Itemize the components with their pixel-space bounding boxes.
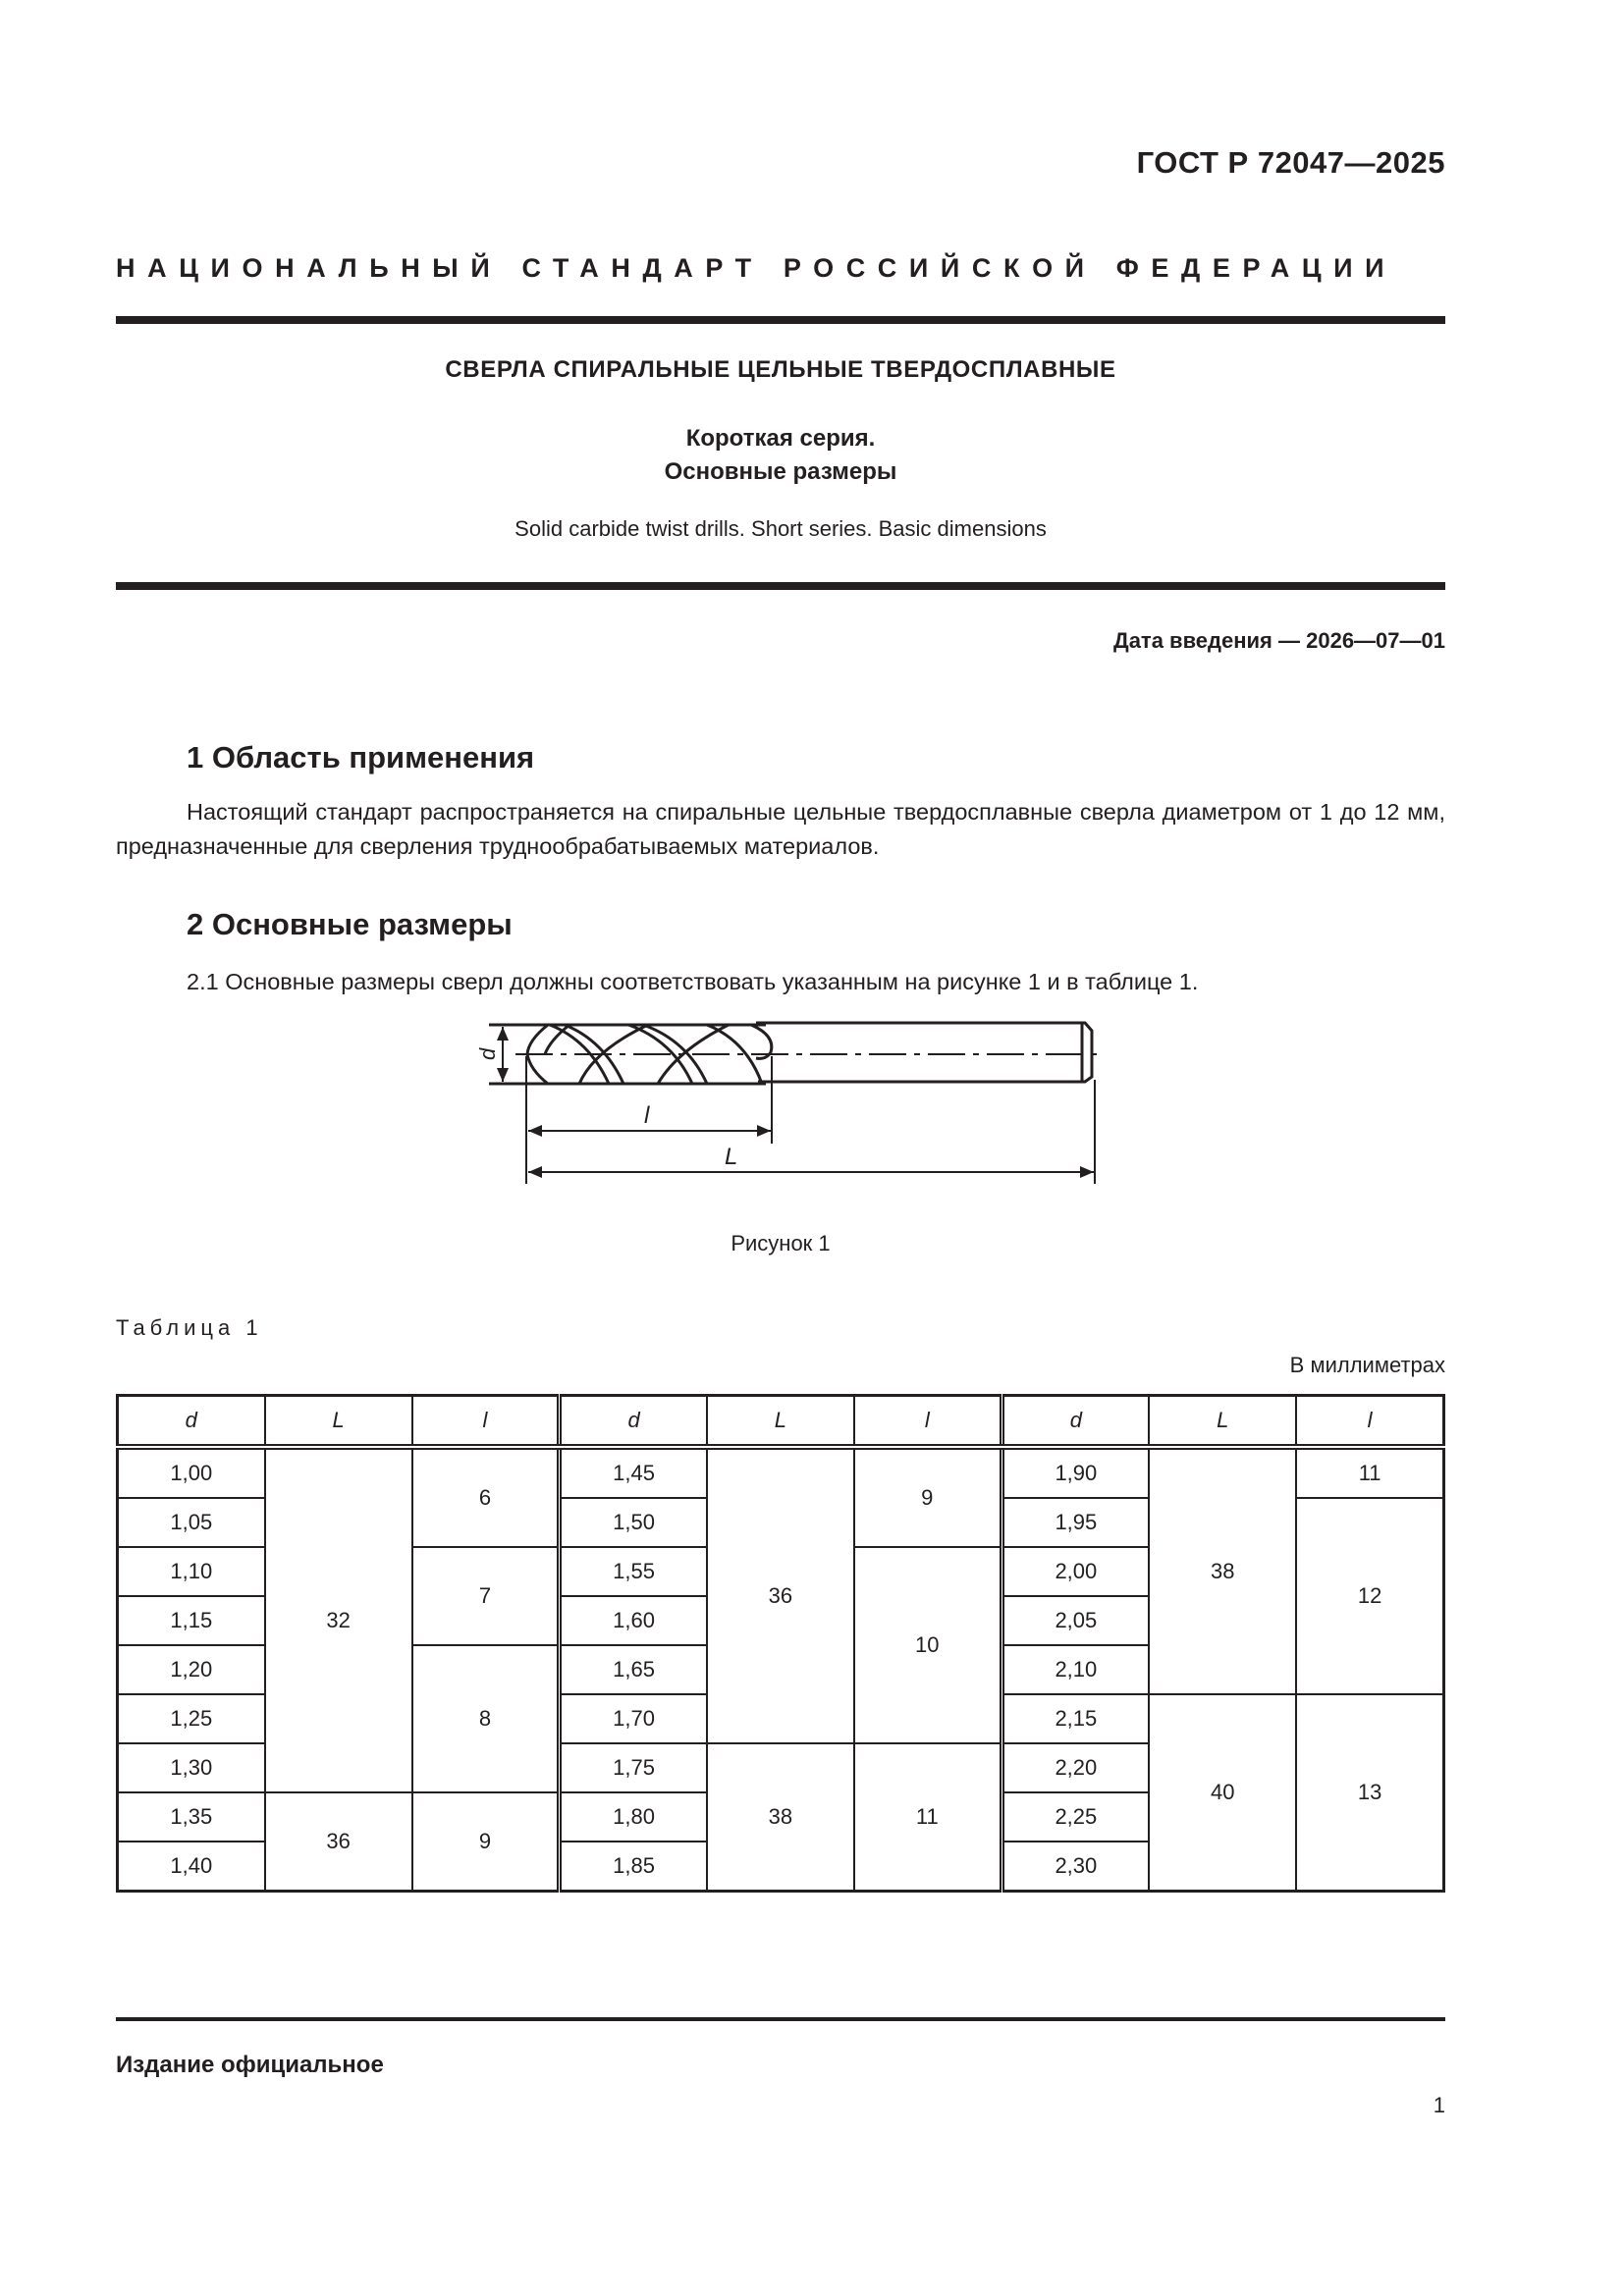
date-of-introduction: Дата введения — 2026—07—01 xyxy=(1113,628,1445,654)
cell-d: 2,05 xyxy=(1001,1596,1149,1645)
cell-l: 8 xyxy=(412,1645,560,1792)
top-rule xyxy=(116,316,1445,324)
subtitle-line-2: Основные размеры xyxy=(116,455,1445,489)
cell-L: 36 xyxy=(707,1447,854,1743)
header-l: l xyxy=(854,1396,1001,1448)
table-row: 1,00 32 6 1,45 36 9 1,90 38 11 xyxy=(118,1447,1444,1498)
cell-d: 1,45 xyxy=(560,1447,707,1498)
cell-d: 2,00 xyxy=(1001,1547,1149,1596)
document-subtitle: Короткая серия. Основные размеры xyxy=(116,422,1445,489)
header-d: d xyxy=(118,1396,265,1448)
footer-rule xyxy=(116,2017,1445,2021)
subtitle-line-1: Короткая серия. xyxy=(116,422,1445,455)
cell-d: 1,65 xyxy=(560,1645,707,1694)
cell-d: 1,55 xyxy=(560,1547,707,1596)
cell-d: 1,05 xyxy=(118,1498,265,1547)
section-1-heading: 1 Область применения xyxy=(187,740,534,775)
dimension-l-label: l xyxy=(644,1102,650,1129)
dimension-d-label: d xyxy=(475,1047,500,1060)
cell-L: 36 xyxy=(265,1792,412,1892)
cell-l: 10 xyxy=(854,1547,1001,1743)
cell-d: 1,00 xyxy=(118,1447,265,1498)
cell-l: 11 xyxy=(1296,1447,1443,1498)
dimension-L-label: L xyxy=(725,1144,737,1170)
national-standard-banner: НАЦИОНАЛЬНЫЙ СТАНДАРТ РОССИЙСКОЙ ФЕДЕРАЦ… xyxy=(116,253,1445,284)
english-title: Solid carbide twist drills. Short series… xyxy=(116,516,1445,542)
header-l: l xyxy=(1296,1396,1443,1448)
header-L: L xyxy=(265,1396,412,1448)
cell-l: 6 xyxy=(412,1447,560,1547)
header-l: l xyxy=(412,1396,560,1448)
section-2-heading: 2 Основные размеры xyxy=(187,907,513,942)
table-label: Таблица 1 xyxy=(116,1315,263,1341)
cell-d: 1,40 xyxy=(118,1842,265,1892)
page-number: 1 xyxy=(1434,2093,1445,2118)
cell-l: 7 xyxy=(412,1547,560,1645)
cell-d: 1,70 xyxy=(560,1694,707,1743)
cell-l: 9 xyxy=(412,1792,560,1892)
cell-d: 1,85 xyxy=(560,1842,707,1892)
header-L: L xyxy=(707,1396,854,1448)
cell-l: 11 xyxy=(854,1743,1001,1892)
official-edition-label: Издание официальное xyxy=(116,2052,384,2079)
table-units: В миллиметрах xyxy=(1290,1353,1445,1378)
cell-d: 2,10 xyxy=(1001,1645,1149,1694)
cell-L: 38 xyxy=(707,1743,854,1892)
cell-d: 1,15 xyxy=(118,1596,265,1645)
header-L: L xyxy=(1149,1396,1296,1448)
document-title: СВЕРЛА СПИРАЛЬНЫЕ ЦЕЛЬНЫЕ ТВЕРДОСПЛАВНЫЕ xyxy=(116,356,1445,384)
cell-d: 1,30 xyxy=(118,1743,265,1792)
drill-drawing: d l L xyxy=(471,1001,1110,1217)
cell-l: 12 xyxy=(1296,1498,1443,1694)
cell-L: 32 xyxy=(265,1447,412,1792)
standard-number: ГОСТ Р 72047—2025 xyxy=(1137,145,1445,181)
header-d: d xyxy=(1001,1396,1149,1448)
cell-l: 9 xyxy=(854,1447,1001,1547)
section-2-1-text: 2.1 Основные размеры сверл должны соотве… xyxy=(116,965,1445,999)
cell-d: 1,35 xyxy=(118,1792,265,1842)
figure-caption: Рисунок 1 xyxy=(116,1231,1445,1256)
cell-d: 1,95 xyxy=(1001,1498,1149,1547)
cell-L: 40 xyxy=(1149,1694,1296,1892)
cell-d: 1,80 xyxy=(560,1792,707,1842)
cell-d: 2,30 xyxy=(1001,1842,1149,1892)
table-header-row: d L l d L l d L l xyxy=(118,1396,1444,1448)
cell-d: 2,25 xyxy=(1001,1792,1149,1842)
cell-d: 2,20 xyxy=(1001,1743,1149,1792)
cell-d: 1,50 xyxy=(560,1498,707,1547)
cell-d: 1,75 xyxy=(560,1743,707,1792)
cell-d: 1,60 xyxy=(560,1596,707,1645)
title-rule xyxy=(116,582,1445,590)
cell-d: 1,25 xyxy=(118,1694,265,1743)
cell-d: 1,20 xyxy=(118,1645,265,1694)
header-d: d xyxy=(560,1396,707,1448)
cell-d: 1,90 xyxy=(1001,1447,1149,1498)
cell-d: 2,15 xyxy=(1001,1694,1149,1743)
cell-l: 13 xyxy=(1296,1694,1443,1892)
cell-d: 1,10 xyxy=(118,1547,265,1596)
dimensions-table: d L l d L l d L l 1,00 32 6 1,45 36 9 1,… xyxy=(116,1394,1445,1893)
section-1-text: Настоящий стандарт распространяется на с… xyxy=(116,795,1445,864)
cell-L: 38 xyxy=(1149,1447,1296,1694)
